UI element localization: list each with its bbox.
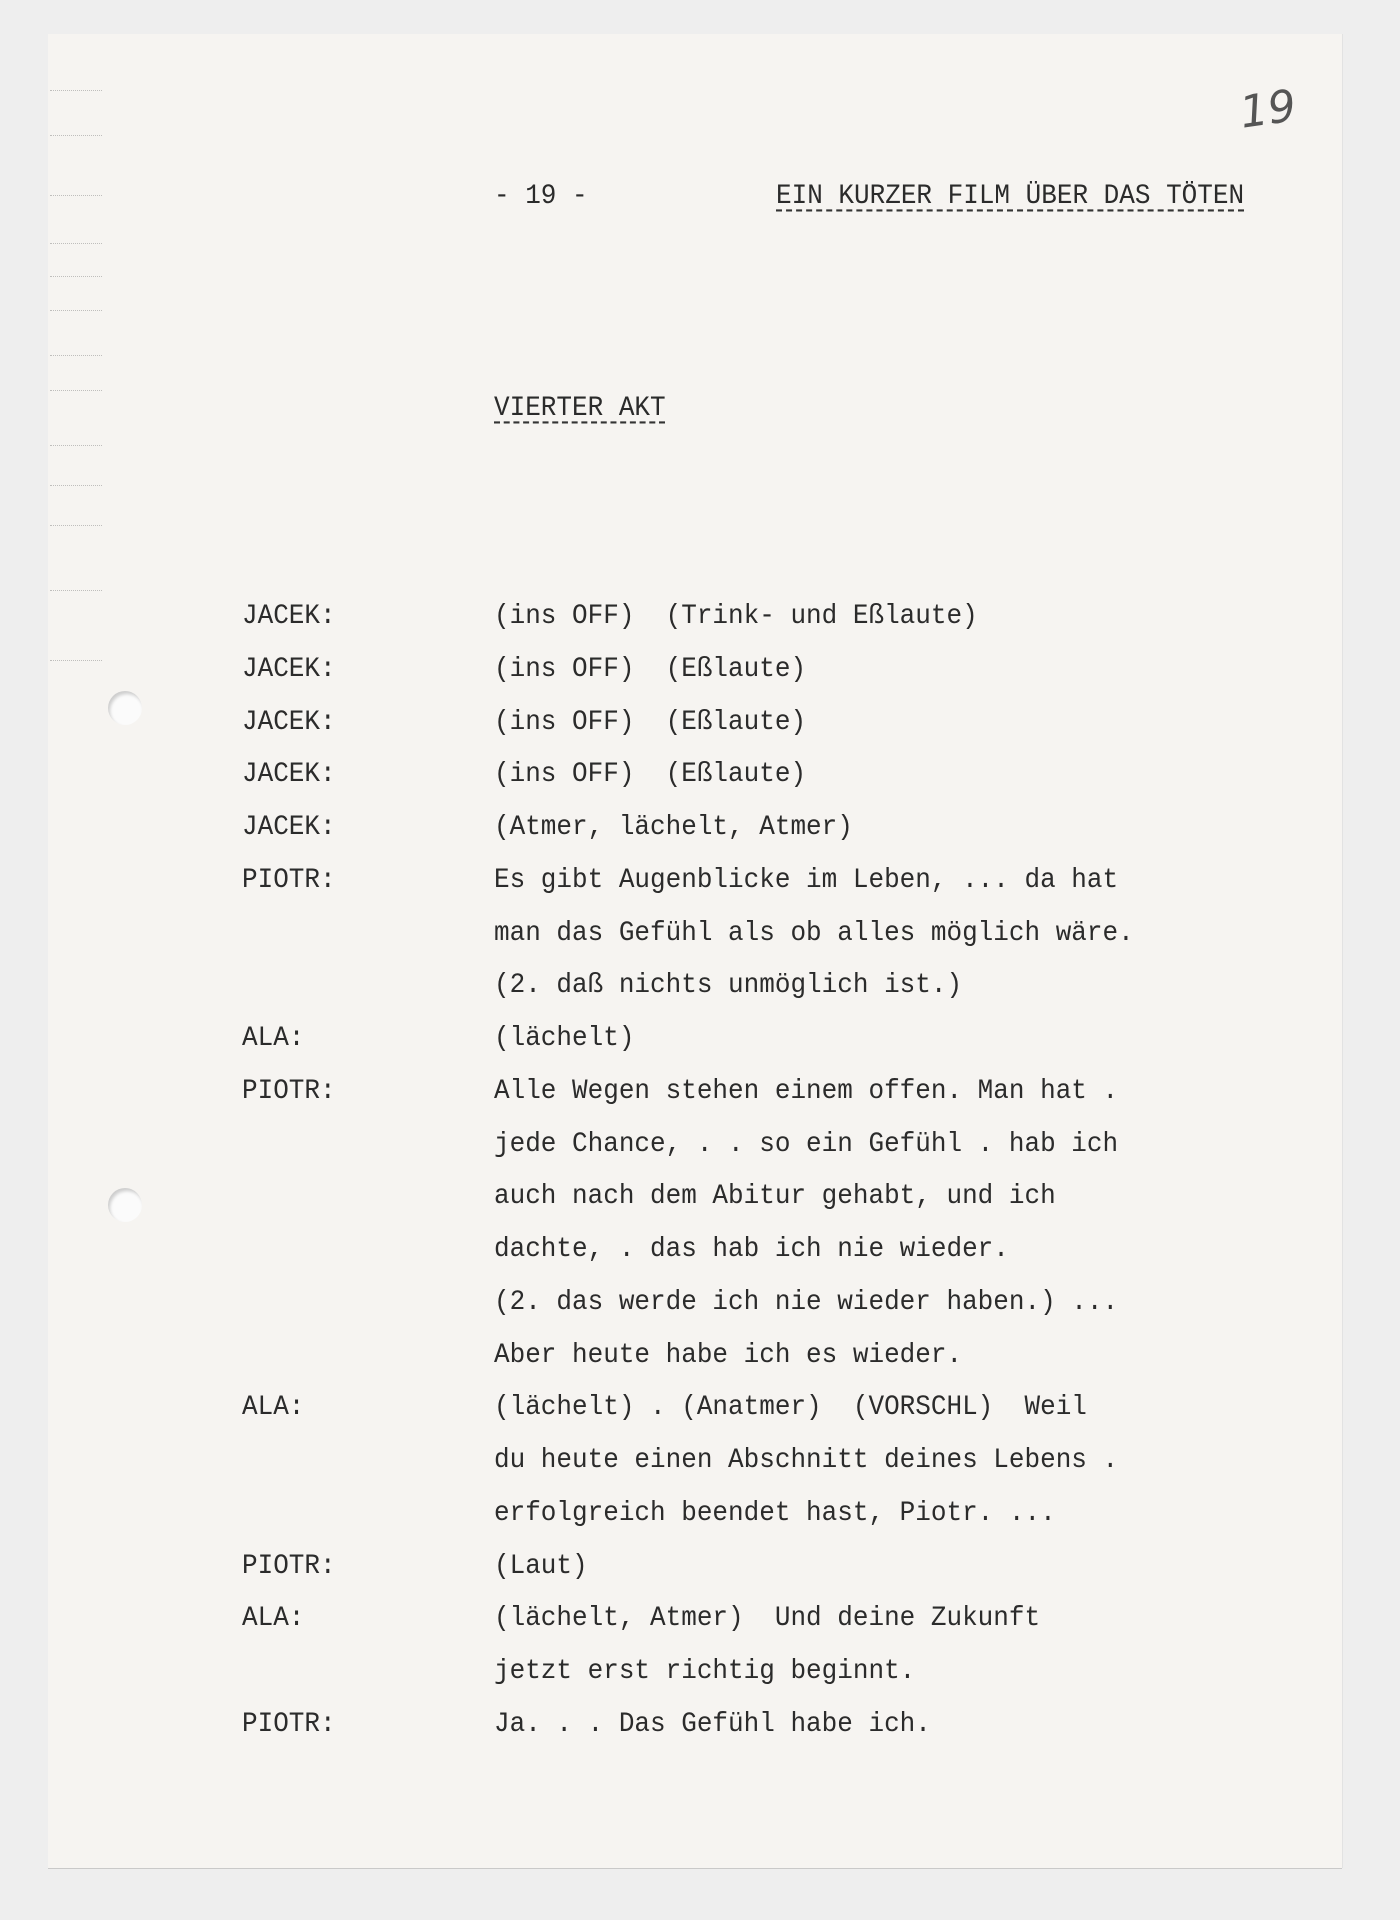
- dialogue-line: (Laut): [494, 1550, 588, 1582]
- dialogue-line: (ins OFF) (Eßlaute): [494, 653, 806, 685]
- dialogue-line: (ins OFF) (Eßlaute): [494, 706, 806, 738]
- dialogue-line: jetzt erst richtig beginnt.: [494, 1655, 915, 1687]
- dialogue-line: Alle Wegen stehen einem offen. Man hat .: [494, 1075, 1118, 1107]
- speaker-label: JACEK:: [242, 653, 336, 685]
- dialogue-line: (lächelt, Atmer) Und deine Zukunft: [494, 1602, 1040, 1634]
- speaker-label: JACEK:: [242, 600, 336, 632]
- punch-hole-top: [108, 691, 142, 725]
- speaker-label: PIOTR:: [242, 1708, 336, 1740]
- dialogue-line: dachte, . das hab ich nie wieder.: [494, 1233, 1009, 1265]
- document-page: [48, 34, 1342, 1868]
- header-title: EIN KURZER FILM ÜBER DAS TÖTEN: [776, 180, 1244, 212]
- punch-hole-bottom: [108, 1188, 142, 1222]
- dialogue-line: du heute einen Abschnitt deines Lebens .: [494, 1444, 1118, 1476]
- speaker-label: JACEK:: [242, 706, 336, 738]
- dialogue-line: auch nach dem Abitur gehabt, und ich: [494, 1180, 1056, 1212]
- dialogue-line: Aber heute habe ich es wieder.: [494, 1339, 962, 1371]
- speaker-label: ALA:: [242, 1022, 304, 1054]
- dialogue-line: (ins OFF) (Eßlaute): [494, 758, 806, 790]
- speaker-label: JACEK:: [242, 758, 336, 790]
- dialogue-line: Es gibt Augenblicke im Leben, ... da hat: [494, 864, 1118, 896]
- dialogue-line: (Atmer, lächelt, Atmer): [494, 811, 853, 843]
- speaker-label: PIOTR:: [242, 1075, 336, 1107]
- dialogue-line: erfolgreich beendet hast, Piotr. ...: [494, 1497, 1056, 1529]
- speaker-label: JACEK:: [242, 811, 336, 843]
- dialogue-line: Ja. . . Das Gefühl habe ich.: [494, 1708, 931, 1740]
- dialogue-line: (lächelt) . (Anatmer) (VORSCHL) Weil: [494, 1391, 1087, 1423]
- dialogue-line: jede Chance, . . so ein Gefühl . hab ich: [494, 1128, 1118, 1160]
- dialogue-line: (2. daß nichts unmöglich ist.): [494, 969, 962, 1001]
- handwritten-page-number: 19: [1237, 80, 1300, 138]
- speaker-label: ALA:: [242, 1391, 304, 1423]
- speaker-label: PIOTR:: [242, 1550, 336, 1582]
- dialogue-line: (lächelt): [494, 1022, 634, 1054]
- dialogue-line: (2. das werde ich nie wieder haben.) ...: [494, 1286, 1118, 1318]
- section-heading: VIERTER AKT: [494, 392, 666, 424]
- dialogue-line: man das Gefühl als ob alles möglich wäre…: [494, 917, 1134, 949]
- dialogue-line: (ins OFF) (Trink- und Eßlaute): [494, 600, 978, 632]
- speaker-label: ALA:: [242, 1602, 304, 1634]
- speaker-label: PIOTR:: [242, 864, 336, 896]
- header-page-number: - 19 -: [494, 180, 588, 212]
